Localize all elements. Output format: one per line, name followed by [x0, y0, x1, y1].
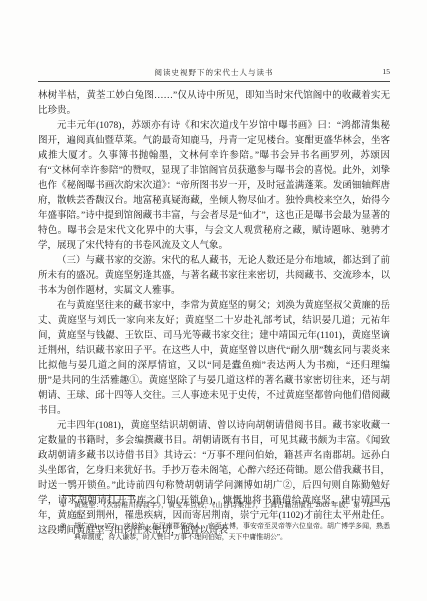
footnote-item: ② 胡广(91—172)，字伯始，东汉南郡华容人。官至太傅，事安帝至灵帝等六位皇… [60, 522, 390, 543]
running-title: 阅读史视野下的宋代士人与读书 [38, 67, 390, 78]
footnote-text: 黄庭坚：《次韵稚川得叔字》，黄宝华点校，《山谷诗集注》，上海古籍出版社 2003… [74, 501, 390, 522]
paragraph-section-three: （三）与藏书家的交游。宋代的私人藏书，无论人数还是分布地域，都达到了前所未有的盛… [38, 254, 390, 299]
page-header: 阅读史视野下的宋代士人与读书 15 [38, 67, 390, 79]
footnote-separator [62, 495, 135, 496]
header-rule [38, 81, 390, 82]
footnotes: ① 黄庭坚：《次韵稚川得叔字》，黄宝华点校，《山谷诗集注》，上海古籍出版社 20… [60, 501, 390, 543]
footnote-text: 胡广(91—172)，字伯始，东汉南郡华容人。官至太傅，事安帝至灵帝等六位皇帝。… [74, 522, 390, 543]
body-text: 林树半枯，黄荃工妙白兔图……”仅从诗中所见，即知当时宋代馆阁中的收藏着实无比珍贵… [38, 89, 390, 539]
footnote-marker: ② [60, 522, 74, 533]
paragraph: 元丰元年(1078)，苏颂亦有诗《和宋次道戊午岁馆中曝书画》曰：“鸿都清集秘图开… [38, 119, 390, 254]
footnote-marker: ① [60, 501, 74, 512]
page-number: 15 [383, 67, 391, 76]
footnote-item: ① 黄庭坚：《次韵稚川得叔字》，黄宝华点校，《山谷诗集注》，上海古籍出版社 20… [60, 501, 390, 522]
paragraph-continuation: 林树半枯，黄荃工妙白兔图……”仅从诗中所见，即知当时宋代馆阁中的收藏着实无比珍贵… [38, 89, 390, 119]
document-page: 阅读史视野下的宋代士人与读书 15 林树半枯，黄荃工妙白兔图……”仅从诗中所见，… [0, 0, 427, 601]
paragraph: 在与黄庭坚往来的藏书家中，李常为黄庭坚的舅父；刘涣为黄庭坚叔父黄廉的岳丈、黄庭坚… [38, 299, 390, 419]
